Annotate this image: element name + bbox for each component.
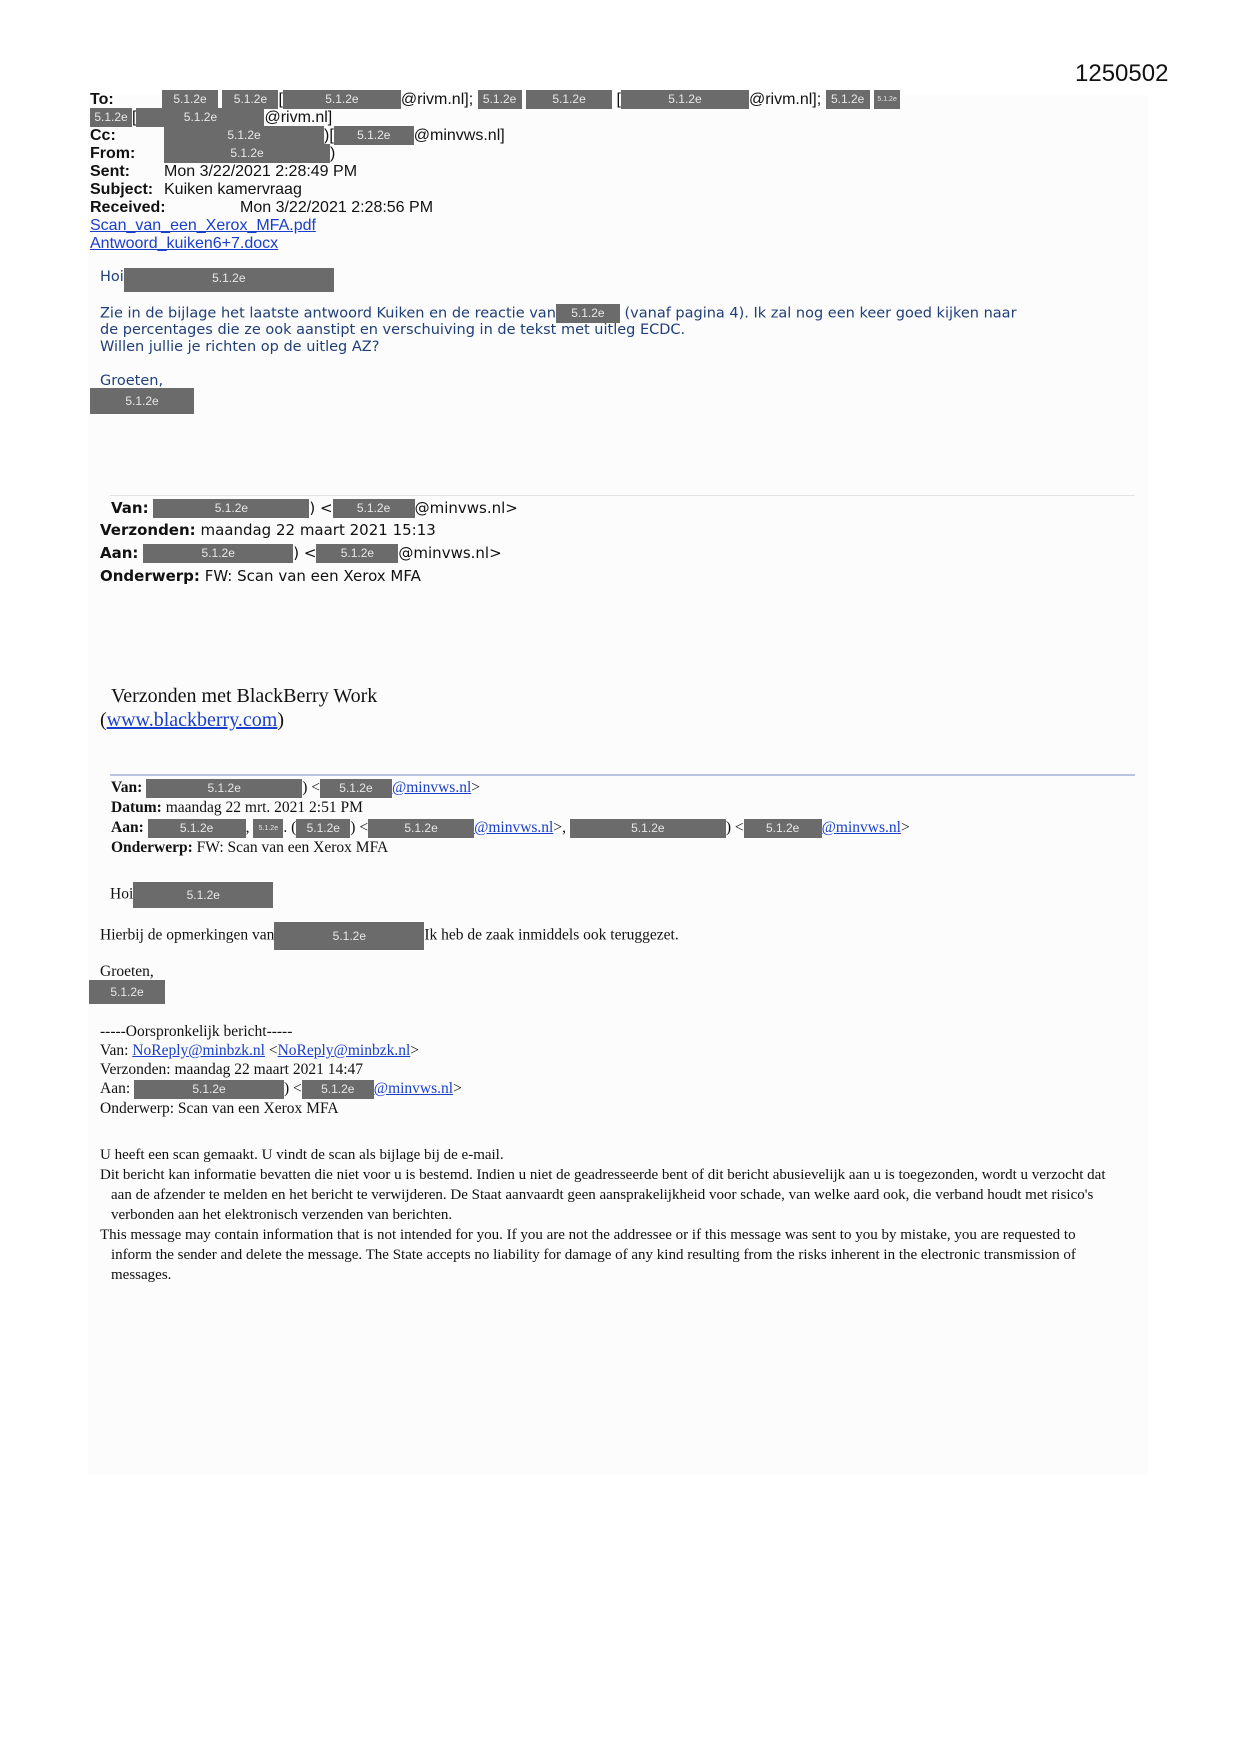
- redaction: 5.1.2e: [153, 499, 309, 518]
- subject-value: Kuiken kamervraag: [164, 181, 302, 198]
- cc-domain: @minvws.nl]: [414, 127, 505, 144]
- to-domain: @rivm.nl];: [749, 91, 821, 108]
- onderwerp-line: Onderwerp: Scan van een Xerox MFA: [100, 1099, 339, 1119]
- attachment-docx-link[interactable]: Antwoord_kuiken6+7.docx: [90, 234, 278, 254]
- subject-label: Subject:: [90, 180, 164, 200]
- redaction: 5.1.2e: [744, 819, 822, 838]
- body-line: Hierbij de opmerkingen van5.1.2eIk heb d…: [100, 922, 679, 950]
- subject-line: Subject:Kuiken kamervraag: [90, 180, 302, 200]
- van-line: Van: NoReply@minbzk.nl <NoReply@minbzk.n…: [100, 1041, 419, 1061]
- van-line: Van: 5.1.2e) <5.1.2e@minvws.nl>: [111, 497, 518, 520]
- redaction: 5.1.2e: [134, 1080, 284, 1099]
- redaction: 5.1.2e: [253, 819, 283, 838]
- greeting: Hoi5.1.2e: [110, 882, 273, 908]
- redaction: 5.1.2e: [874, 90, 900, 109]
- disclaimer-en: This message may contain information tha…: [100, 1225, 1120, 1285]
- disclaimer: U heeft een scan gemaakt. U vindt de sca…: [100, 1145, 1120, 1285]
- redaction: 5.1.2e: [164, 144, 330, 163]
- received-label: Received:: [90, 198, 240, 218]
- redaction: 5.1.2e: [143, 544, 293, 563]
- redaction: 5.1.2e: [296, 819, 350, 838]
- email-link[interactable]: NoReply@minbzk.nl: [278, 1042, 411, 1059]
- redaction: 5.1.2e: [136, 108, 264, 127]
- redaction: 5.1.2e: [368, 819, 474, 838]
- redaction: 5.1.2e: [124, 268, 334, 292]
- from-label: From:: [90, 144, 164, 164]
- onderwerp-line: Onderwerp: FW: Scan van een Xerox MFA: [111, 838, 388, 858]
- cc-label: Cc:: [90, 126, 164, 146]
- blackberry-link[interactable]: www.blackberry.com: [107, 709, 278, 731]
- attachment-pdf-link[interactable]: Scan_van_een_Xerox_MFA.pdf: [90, 216, 316, 236]
- redaction: 5.1.2e: [146, 779, 302, 798]
- redaction: 5.1.2e: [333, 499, 415, 518]
- separator: [110, 774, 1135, 776]
- redaction: 5.1.2e: [478, 90, 522, 109]
- greeting: Hoi5.1.2e: [100, 268, 334, 292]
- redaction: 5.1.2e: [90, 108, 132, 127]
- redaction: 5.1.2e: [148, 819, 246, 838]
- datum-line: Datum: maandag 22 mrt. 2021 2:51 PM: [111, 798, 363, 818]
- cc-line: Cc:5.1.2e)[5.1.2e@minvws.nl]: [90, 126, 505, 146]
- to-label: To:: [90, 90, 162, 110]
- van-line: Van: 5.1.2e) <5.1.2e@minvws.nl>: [111, 778, 480, 798]
- redaction: 5.1.2e: [133, 882, 273, 908]
- body-line-3: Willen jullie je richten op de uitleg AZ…: [100, 338, 379, 357]
- redaction: 5.1.2e: [162, 90, 218, 109]
- signature-redaction: 5.1.2e: [89, 980, 165, 1004]
- aan-line: Aan: 5.1.2e, 5.1.2e. (5.1.2e) <5.1.2e@mi…: [111, 818, 910, 838]
- document-number: 1250502: [1075, 60, 1168, 88]
- verzonden-line: Verzonden: maandag 22 maart 2021 14:47: [100, 1060, 363, 1080]
- aan-line: Aan: 5.1.2e) <5.1.2e@minvws.nl>: [100, 542, 502, 565]
- redaction: 5.1.2e: [316, 544, 398, 563]
- redaction: 5.1.2e: [274, 922, 424, 950]
- signature-redaction: 5.1.2e: [90, 388, 194, 414]
- redaction: 5.1.2e: [302, 1080, 374, 1099]
- redaction: 5.1.2e: [621, 90, 749, 109]
- email-link[interactable]: @minvws.nl: [374, 1080, 453, 1097]
- email-link[interactable]: NoReply@minbzk.nl: [132, 1042, 265, 1059]
- sent-value: Mon 3/22/2021 2:28:49 PM: [164, 163, 357, 180]
- redaction: 5.1.2e: [222, 90, 278, 109]
- redaction: 5.1.2e: [334, 126, 414, 145]
- blackberry-link-line: (www.blackberry.com): [100, 708, 284, 732]
- original-separator: -----Oorspronkelijk bericht-----: [100, 1022, 292, 1042]
- received-line: Received:Mon 3/22/2021 2:28:56 PM: [90, 198, 433, 218]
- redaction: 5.1.2e: [526, 90, 612, 109]
- from-line: From:5.1.2e): [90, 144, 335, 164]
- to-line: To:5.1.2e 5.1.2e[5.1.2e@rivm.nl]; 5.1.2e…: [90, 90, 900, 110]
- blackberry-signature: Verzonden met BlackBerry Work: [111, 684, 377, 708]
- to-line-cont: 5.1.2e[5.1.2e@rivm.nl]: [90, 108, 332, 128]
- redaction: 5.1.2e: [283, 90, 401, 109]
- email-link[interactable]: @minvws.nl: [822, 819, 901, 836]
- received-value: Mon 3/22/2021 2:28:56 PM: [240, 199, 433, 216]
- sent-line: Sent:Mon 3/22/2021 2:28:49 PM: [90, 162, 357, 182]
- email-link[interactable]: @minvws.nl: [474, 819, 553, 836]
- scan-notice: U heeft een scan gemaakt. U vindt de sca…: [100, 1145, 1120, 1165]
- onderwerp-line: Onderwerp: FW: Scan van een Xerox MFA: [100, 565, 421, 588]
- email-link[interactable]: @minvws.nl: [392, 779, 471, 796]
- closing: Groeten,: [100, 962, 154, 982]
- sent-label: Sent:: [90, 162, 164, 182]
- to-domain: @rivm.nl]: [264, 109, 332, 126]
- separator: [110, 495, 1135, 496]
- disclaimer-nl: Dit bericht kan informatie bevatten die …: [100, 1165, 1120, 1225]
- verzonden-line: Verzonden: maandag 22 maart 2021 15:13: [100, 519, 436, 542]
- aan-line: Aan: 5.1.2e) <5.1.2e@minvws.nl>: [100, 1079, 462, 1099]
- redaction: 5.1.2e: [320, 779, 392, 798]
- redaction: 5.1.2e: [570, 819, 726, 838]
- to-domain: @rivm.nl];: [401, 91, 473, 108]
- redaction: 5.1.2e: [826, 90, 870, 109]
- redaction: 5.1.2e: [164, 126, 324, 145]
